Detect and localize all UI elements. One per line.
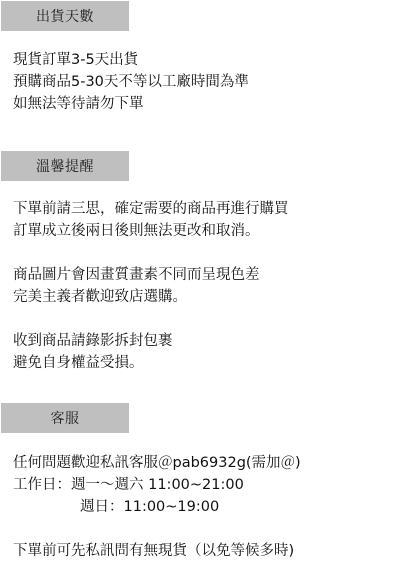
text-line: 下單前請三思，確定需要的商品再進行購買 <box>13 198 397 220</box>
shipping-days-content: 現貨訂單3-5天出貨 預購商品5-30天不等以工廠時間為準 如無法等待請勿下單 <box>13 49 397 115</box>
contact-line: 任何問題歡迎私訊客服＠pab6932g(需加＠) <box>13 452 397 474</box>
reminder-content: 下單前請三思，確定需要的商品再進行購買 訂單成立後兩日後則無法更改和取消。 商品… <box>13 198 397 374</box>
blank-line <box>13 518 397 540</box>
text-line: 完美主義者歡迎致店選購。 <box>13 286 397 308</box>
text-line: 如無法等待請勿下單 <box>13 93 397 115</box>
blank-line <box>13 308 397 330</box>
text-line: 預購商品5-30天不等以工廠時間為準 <box>13 71 397 93</box>
text-line: 收到商品請錄影拆封包裹 <box>13 330 397 352</box>
section-title: 出貨天數 <box>36 6 94 26</box>
section-title: 客服 <box>51 408 80 428</box>
text-line: 商品圖片會因畫質畫素不同而呈現色差 <box>13 264 397 286</box>
customer-service-content: 任何問題歡迎私訊客服＠pab6932g(需加＠) 工作日：週一～週六 11:00… <box>13 452 397 562</box>
section-header-shipping-days: 出貨天數 <box>1 1 129 31</box>
section-header-customer-service: 客服 <box>1 403 129 433</box>
stock-inquiry-note: 下單前可先私訊問有無現貨（以免等候多時) <box>13 540 397 562</box>
section-header-reminder: 溫馨提醒 <box>1 151 129 181</box>
text-line: 現貨訂單3-5天出貨 <box>13 49 397 71</box>
hours-sunday: 週日：11:00~19:00 <box>13 496 397 518</box>
text-line: 避免自身權益受損。 <box>13 352 397 374</box>
section-title: 溫馨提醒 <box>36 156 94 176</box>
blank-line <box>13 242 397 264</box>
text-line: 訂單成立後兩日後則無法更改和取消。 <box>13 220 397 242</box>
hours-weekday: 工作日：週一～週六 11:00~21:00 <box>13 474 397 496</box>
